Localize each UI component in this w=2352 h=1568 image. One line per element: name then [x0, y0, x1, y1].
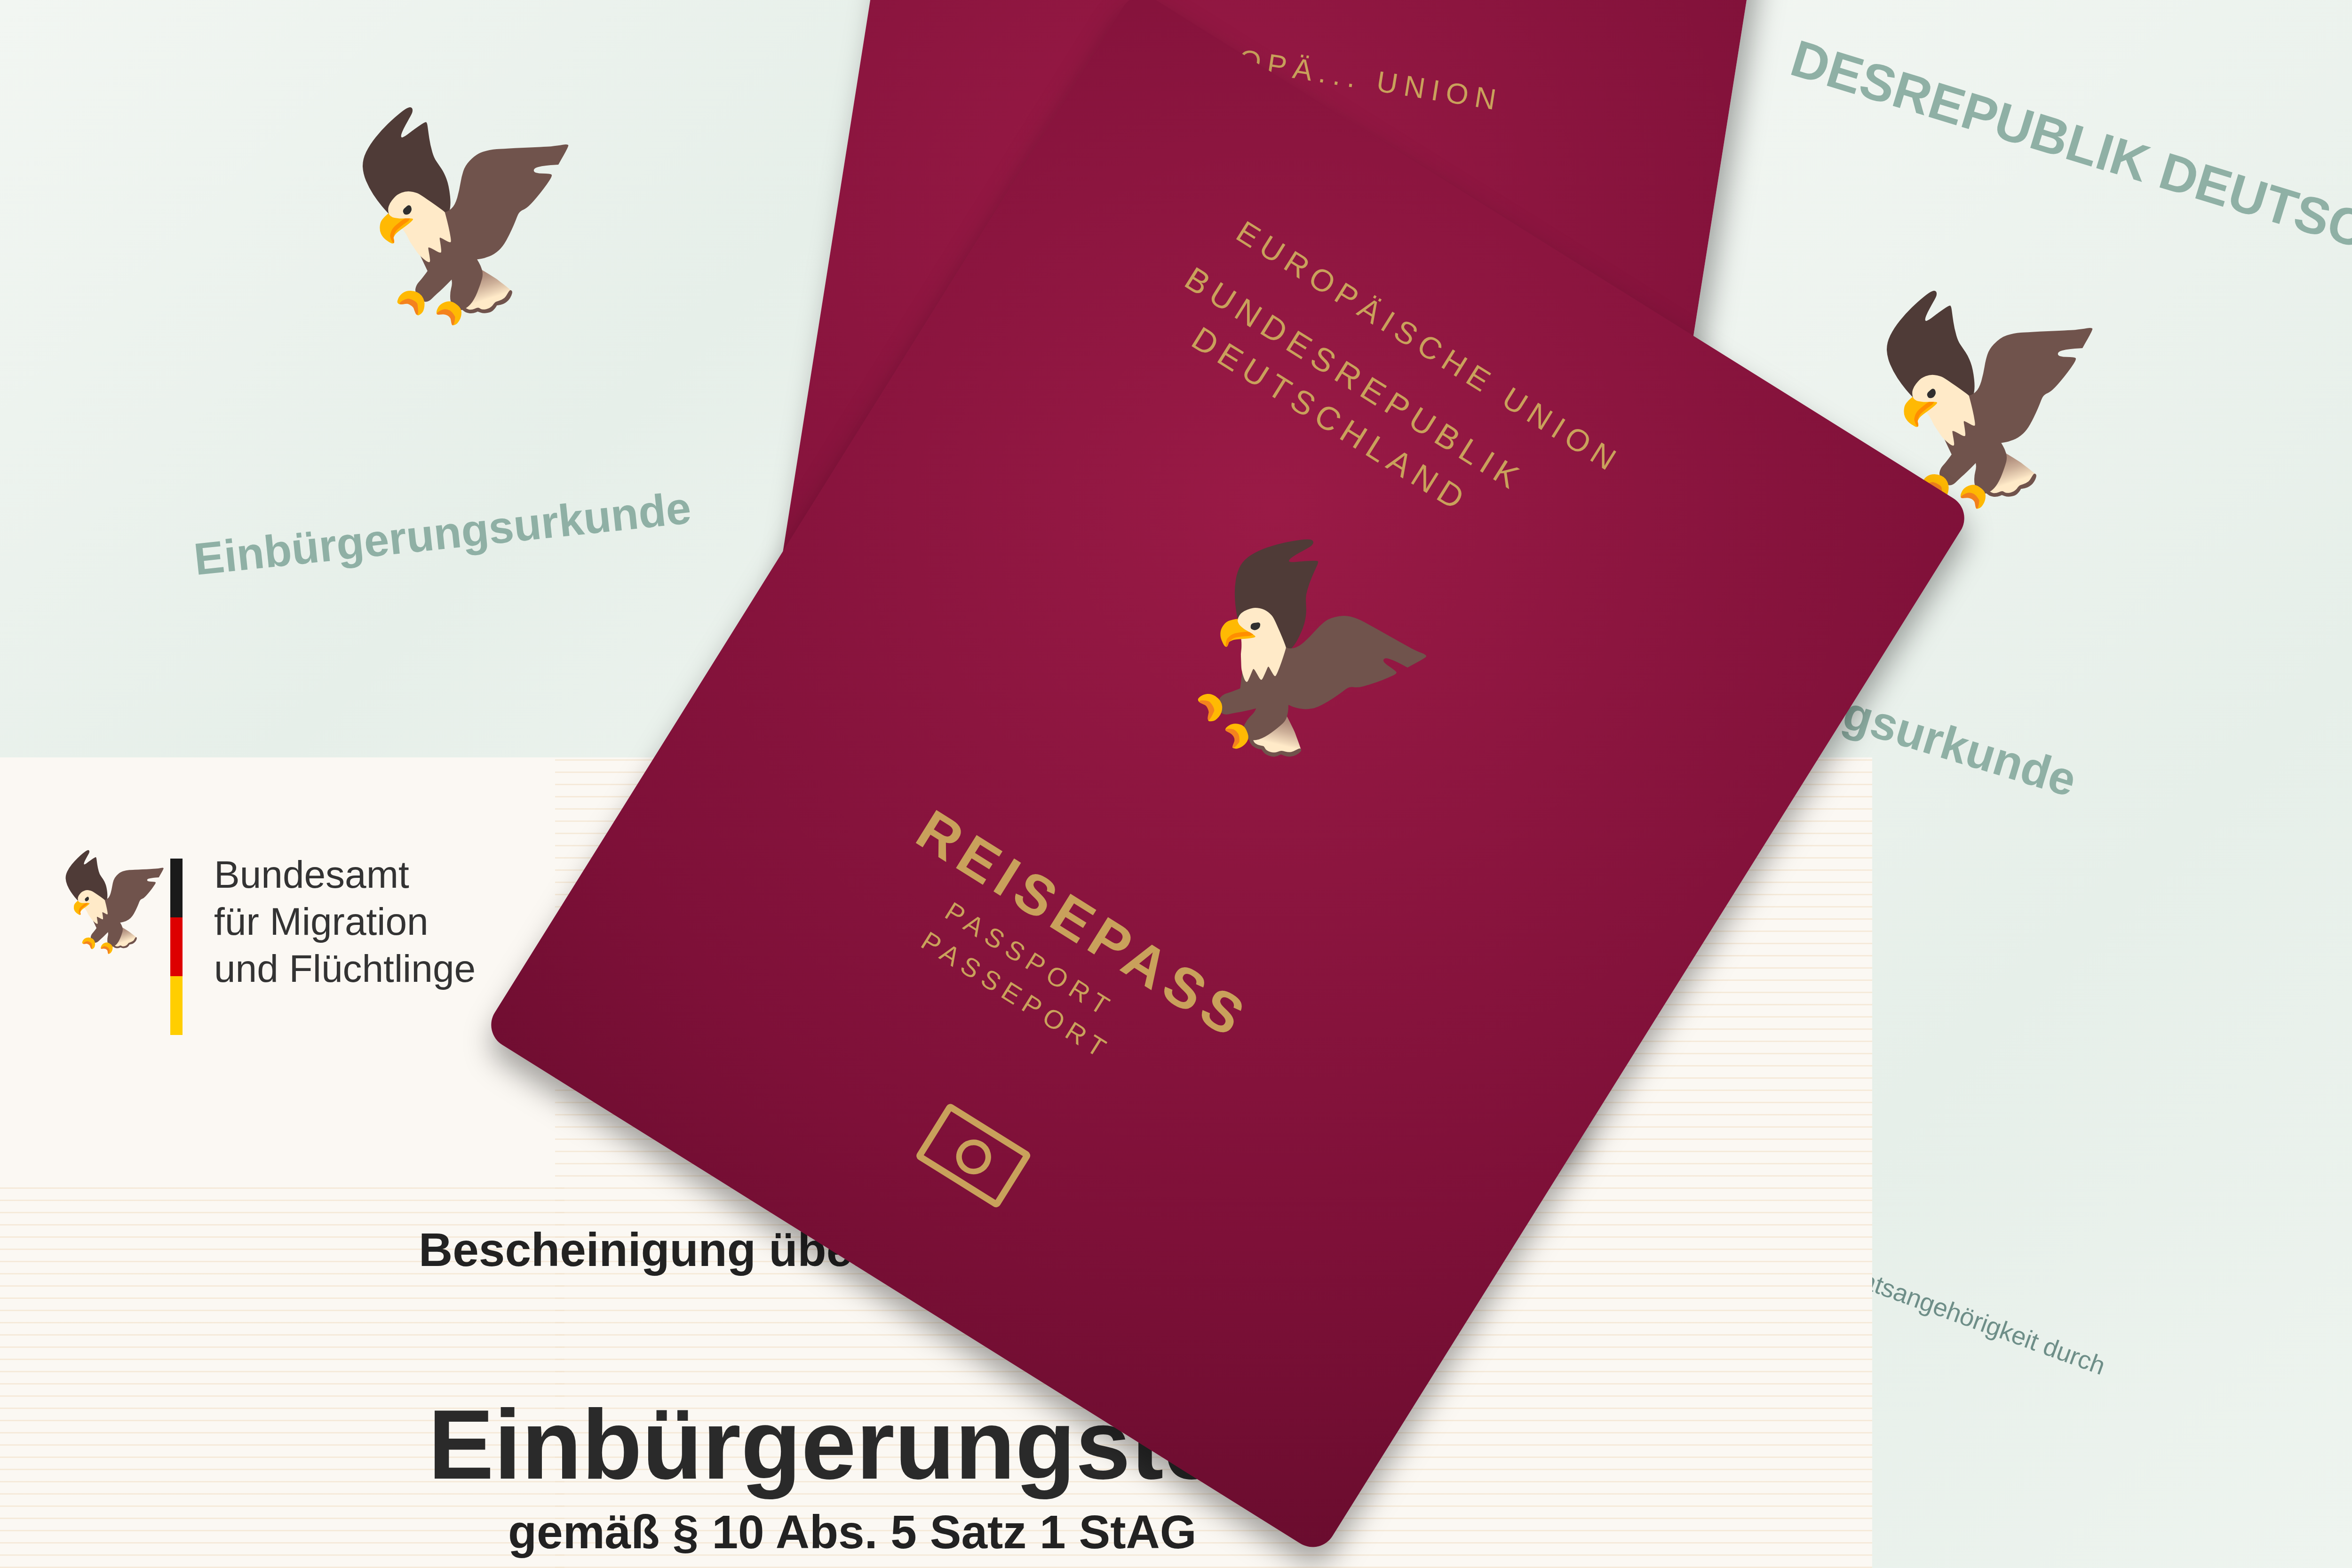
- federal-eagle-icon: 🦅: [1145, 514, 1459, 812]
- flag-bar-black: [170, 859, 183, 917]
- document-subtitle: gemäß § 10 Abs. 5 Satz 1 StAG: [508, 1505, 1196, 1560]
- bamf-logo-text: Bundesamt für Migration und Flüchtlinge: [214, 852, 476, 993]
- certificate-header: DESREPUBLIK DEUTSC: [1784, 28, 2352, 260]
- federal-eagle-icon: 🦅: [56, 847, 174, 957]
- certificate-note: atsangehörigkeit durch: [1858, 1266, 2109, 1381]
- flag-bar-red: [170, 917, 183, 976]
- flag-bar-gold: [170, 976, 183, 1035]
- federal-eagle-icon: 🦅: [343, 118, 589, 315]
- certificate-title: Einbürgerungsurkunde: [191, 482, 693, 586]
- biometric-chip-icon: [914, 1102, 1032, 1209]
